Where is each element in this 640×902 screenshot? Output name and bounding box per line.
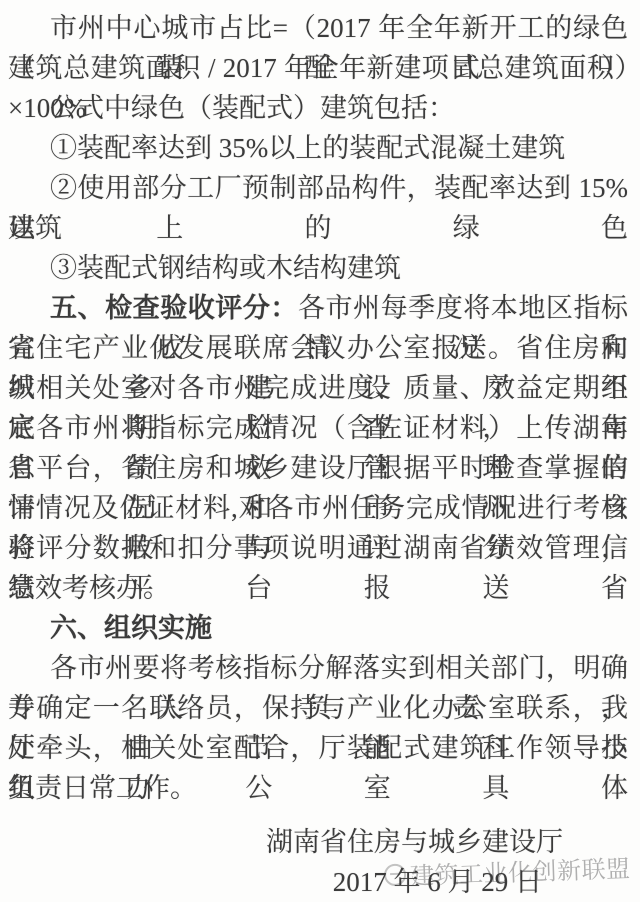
document-page: 市州中心城市占比=（2017 年全年新开工的绿色（装配式） 建筑总建筑面积 / …: [0, 0, 640, 902]
section5-heading: 五、检查验收评分：: [50, 293, 298, 323]
formula-note-line: 公式中绿色（装配式）建筑包括：: [8, 88, 628, 128]
formula-line-1: 市州中心城市占比=（2017 年全年新开工的绿色（装配式）: [8, 8, 628, 48]
list-item-1: ①装配率达到 35%以上的装配式混凝土建筑: [8, 128, 628, 168]
date: 2017 年 6 月 29 日: [8, 862, 628, 902]
doc-line: 底各市州将指标完成情况（含佐证材料）上传湖南省绩效管理信: [8, 408, 628, 448]
section5-line-1: 五、检查验收评分：各市州每季度将本地区指标完成情况向: [8, 288, 628, 328]
doc-line: 处牵头，相关处室配合，厅装配式建筑工作领导小组办公室具体: [8, 728, 628, 768]
doc-line: 将评分数据和扣分事项说明通过湖南省绩效管理信息平台报送省: [8, 528, 628, 568]
list-item-3: ③装配式钢结构或木结构建筑: [8, 248, 628, 288]
doc-line: 息平台，省住房和城乡建设厅根据平时检查掌握的情况和市州自: [8, 448, 628, 488]
section6-heading: 六、组织实施: [8, 608, 628, 648]
doc-line: 省住宅产业化发展联席会议办公室报送。省住房和城乡建设厅组: [8, 328, 628, 368]
section6-line-1: 各市州要将考核指标分解落实到相关部门，明确专人负责，: [8, 648, 628, 688]
list-item-2-line-1: ②使用部分工厂预制部品构件，装配率达到 15%以上的绿色: [8, 168, 628, 208]
doc-line: 评情况及佐证材料,对各市州任务完成情况进行考核验收与评分，: [8, 488, 628, 528]
doc-line: 并确定一名联络员，保持与产业化办公室联系，我厅由节能科技: [8, 688, 628, 728]
doc-line: 织相关处室对各市州完成进度、质量、效益定期不定期检查，年: [8, 368, 628, 408]
formula-line-2: 建筑总建筑面积 / 2017 年全年新建项目总建筑面积）×100%: [8, 48, 628, 88]
